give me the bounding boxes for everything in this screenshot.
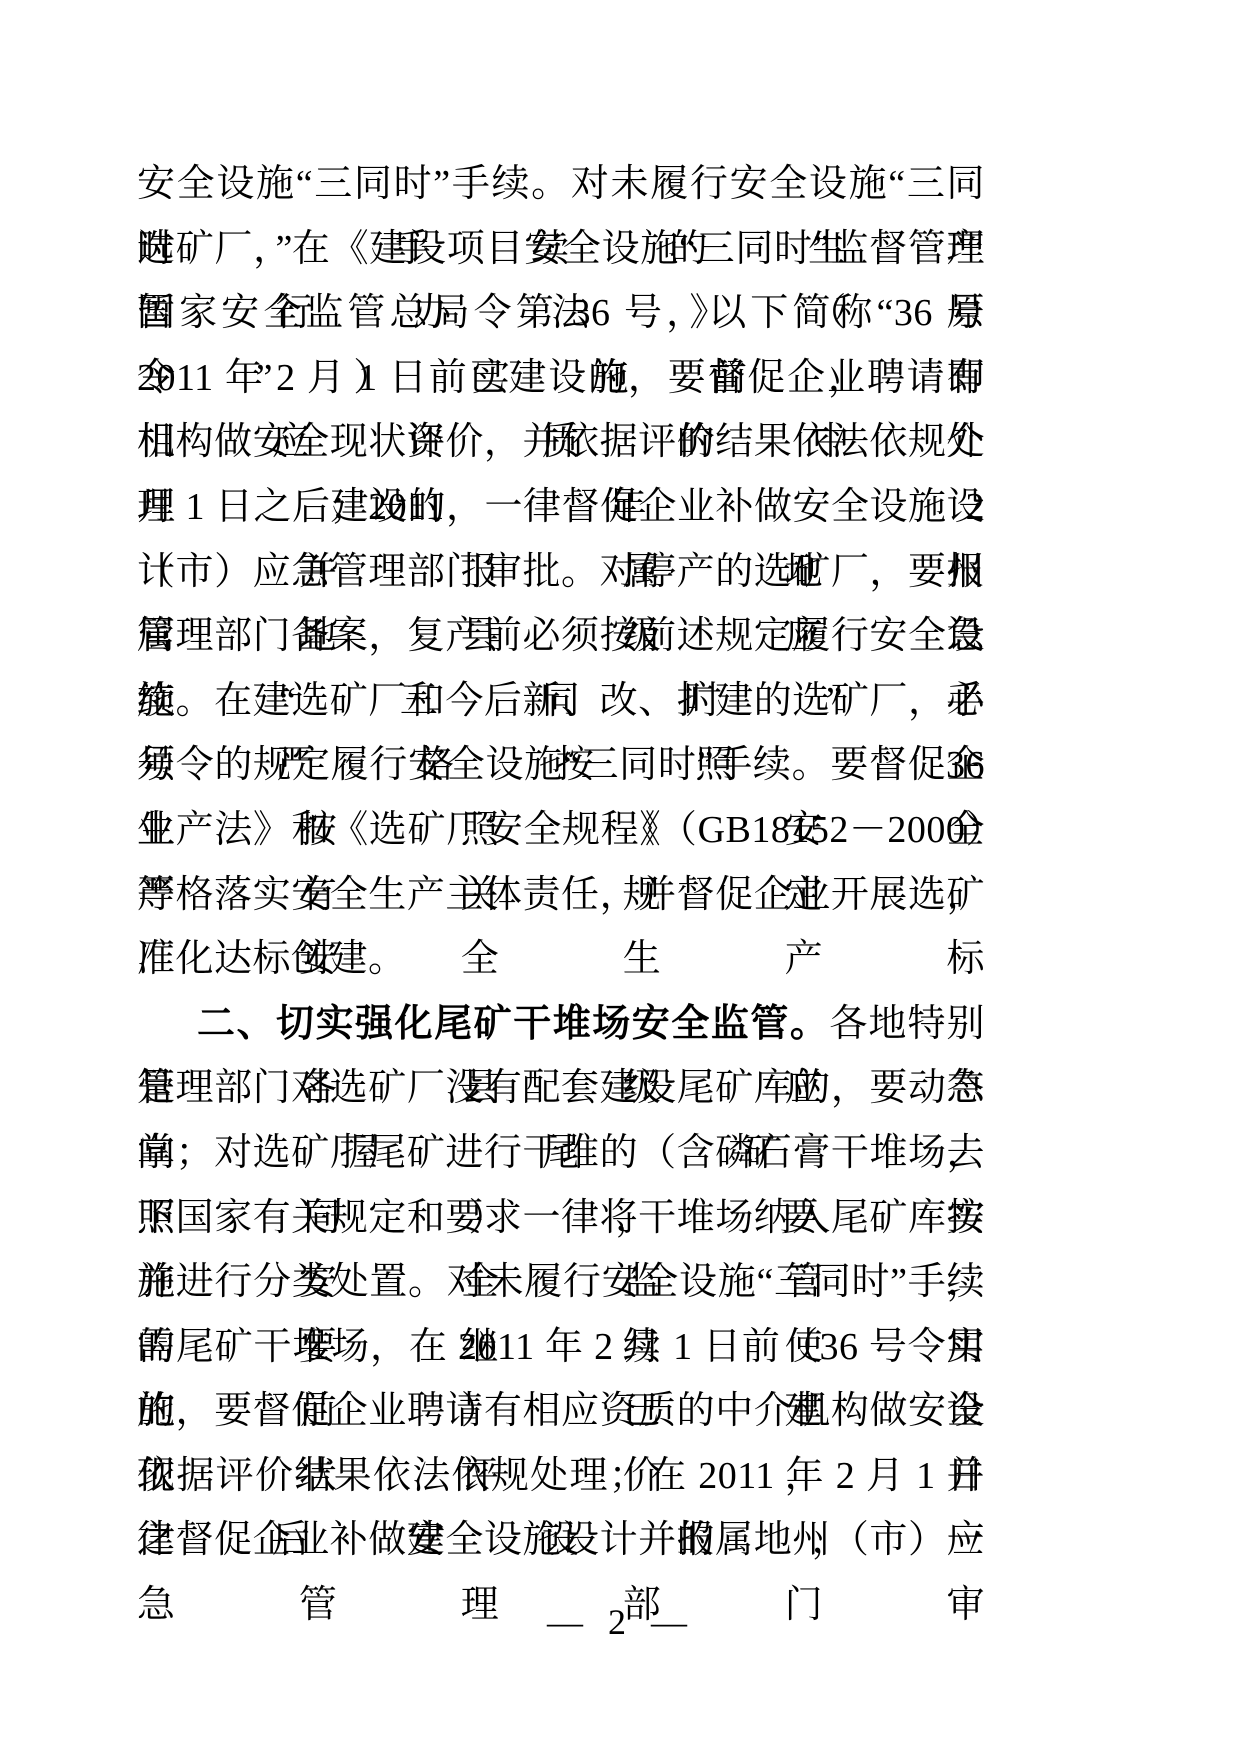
text-line: 并进行分类处置。对未履行安全设施“三同时”手续需要继续使用 xyxy=(137,1250,985,1315)
text-line: 2011 年 2 月 1 日前已建设的，要督促企业聘请有相应资质的中介 xyxy=(137,346,985,411)
document-page: 安全设施“三同时”手续。对未履行安全设施“三同时”手续的生产 选矿厂，在《建设项… xyxy=(0,0,1242,1755)
text-line: 国家安全监管总局令第 36 号，以下简称“36 号令”）实施前，即 xyxy=(137,281,985,346)
text-line: 管理部门对选矿厂没有配套建设尾矿库的，要动态掌握尾矿去 xyxy=(137,1056,985,1121)
text-line: 严格落实安全生产主体责任，并督促企业开展选矿厂安全生产标 xyxy=(137,863,985,928)
section-heading: 二、切实强化尾矿干堆场安全监管。 xyxy=(197,1003,829,1045)
text-line: 月 1 日之后建设的，一律督促企业补做安全设施设计并报属地州 xyxy=(137,475,985,540)
text-line: 选矿厂，在《建设项目安全设施“三同时”监督管理暂行办法》（原 xyxy=(137,217,985,282)
text-line: 的，要督促企业聘请有相应资质的中介机构做安全现状评价，并 xyxy=(137,1379,985,1444)
text-line: （市）应急管理部门审批。对停产的选矿厂，要报属地县级应急 xyxy=(137,540,985,605)
text-line: 续。在建选矿厂和今后新、改、扩建的选矿厂，必须严格按照 36 xyxy=(137,669,985,734)
text-line: 安全设施“三同时”手续。对未履行安全设施“三同时”手续的生产 xyxy=(137,152,985,217)
text-line: 向；对选矿厂尾矿进行干堆的（含磷石膏干堆场，下同），要按 xyxy=(137,1121,985,1186)
text-line: 律督促企业补做安全设施设计并报属地州（市）应急管理部门审 xyxy=(137,1508,985,1573)
page-number: — 2 — xyxy=(0,1598,1242,1646)
text-line: 号令的规定履行安全设施“三同时”手续。要督促企业按照《安全 xyxy=(137,733,985,798)
text-line: 依据评价结果依法依规处理；在 2011 年 2 月 1 日之后建设的，一 xyxy=(137,1444,985,1509)
text-line: 照国家有关规定和要求一律将干堆场纳入尾矿库实施安全监管， xyxy=(137,1186,985,1251)
text-line: 机构做安全现状评价，并依据评价结果依法依规处理；2011 年 2 xyxy=(137,410,985,475)
text-line: 管理部门备案，复产前必须按前述规定履行安全设施“三同时”手 xyxy=(137,604,985,669)
document-body: 安全设施“三同时”手续。对未履行安全设施“三同时”手续的生产 选矿厂，在《建设项… xyxy=(137,152,985,1573)
text-line: 的尾矿干堆场，在 2011 年 2 月 1 日前（36 号令实施前）已建设 xyxy=(137,1315,985,1380)
text-line: 生产法》和《选矿厂安全规程》（GB18152－2000）等有关规定， xyxy=(137,798,985,863)
section-heading-line: 二、切实强化尾矿干堆场安全监管。各地特别是各县级应急 xyxy=(137,992,985,1057)
